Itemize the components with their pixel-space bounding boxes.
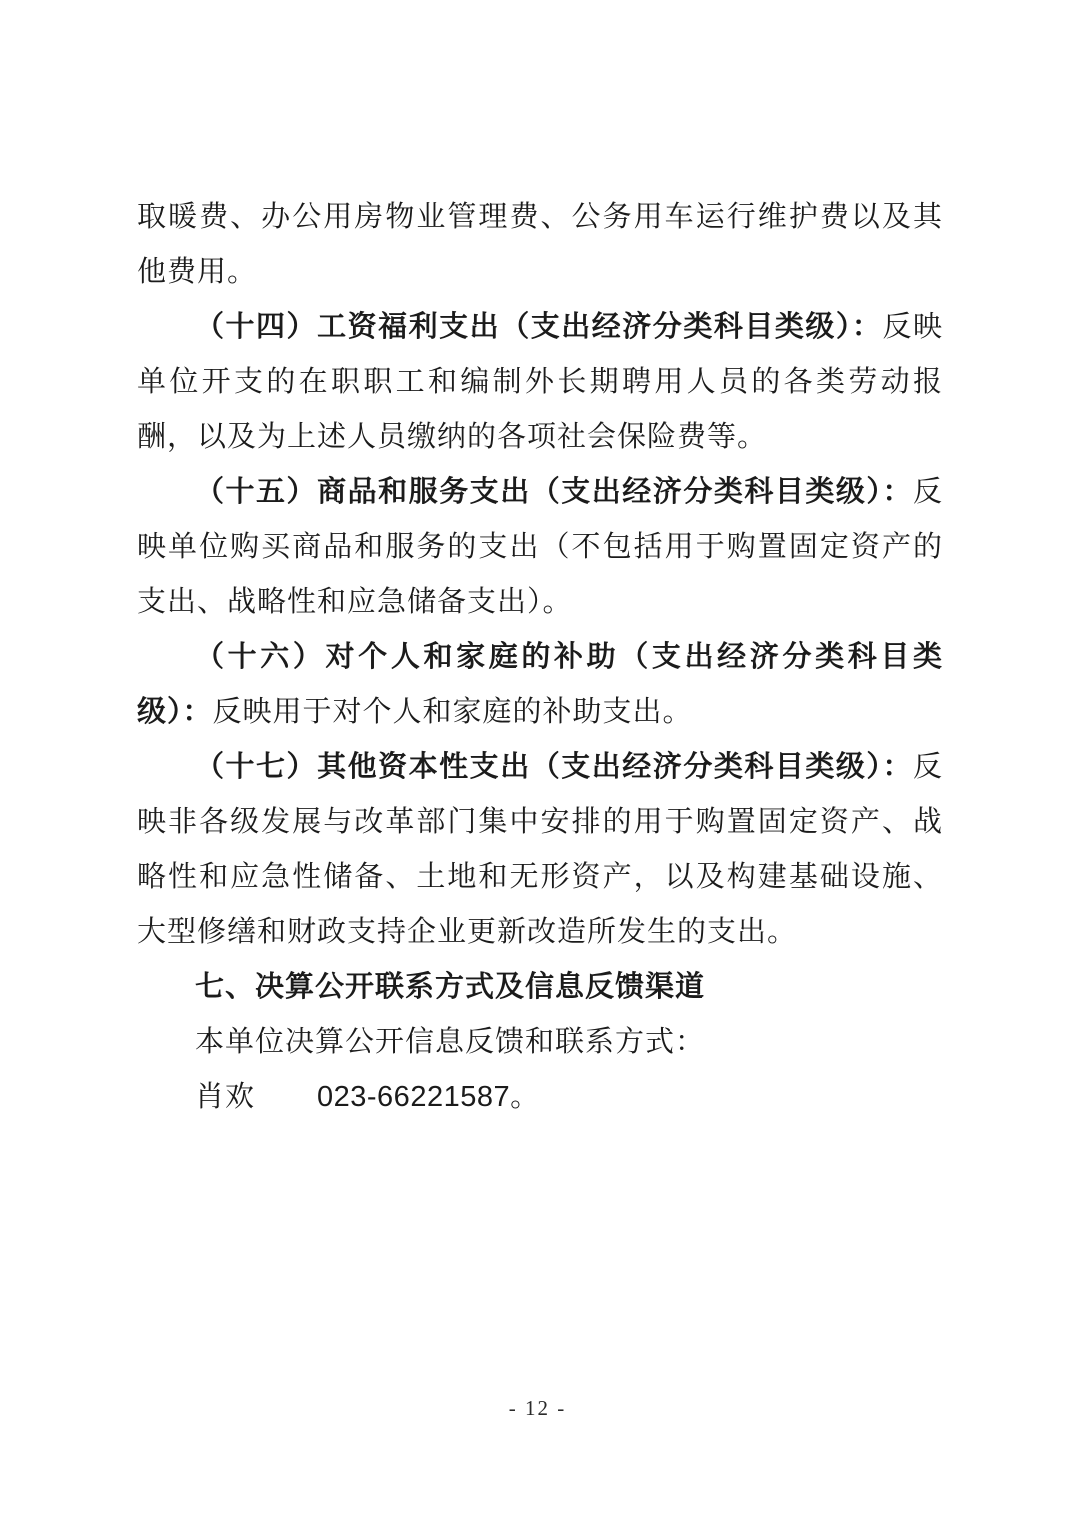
paragraph-continuation: 取暖费、办公用房物业管理费、公务用车运行维护费以及其他费用。 (137, 190, 943, 300)
item-16-body: 反映用于对个人和家庭的补助支出。 (213, 696, 693, 728)
paragraph-item-14: （十四）工资福利支出（支出经济分类科目类级）：反映单位开支的在职职工和编制外长期… (137, 300, 943, 465)
contact-intro: 本单位决算公开信息反馈和联系方式： (137, 1015, 943, 1070)
paragraph-item-17: （十七）其他资本性支出（支出经济分类科目类级）：反映非各级发展与改革部门集中安排… (137, 740, 943, 960)
section-heading: 七、决算公开联系方式及信息反馈渠道 (137, 960, 943, 1015)
item-14-lead: （十四）工资福利支出（支出经济分类科目类级）： (195, 311, 882, 343)
document-body: 取暖费、办公用房物业管理费、公务用车运行维护费以及其他费用。 （十四）工资福利支… (137, 190, 943, 1125)
paragraph-item-15: （十五）商品和服务支出（支出经济分类科目类级）：反映单位购买商品和服务的支出（不… (137, 465, 943, 630)
document-page: 取暖费、办公用房物业管理费、公务用车运行维护费以及其他费用。 （十四）工资福利支… (0, 0, 1075, 1520)
contact-phone: 023-66221587。 (317, 1081, 540, 1113)
item-15-lead: （十五）商品和服务支出（支出经济分类科目类级）： (195, 476, 913, 508)
paragraph-item-16: （十六）对个人和家庭的补助（支出经济分类科目类级）：反映用于对个人和家庭的补助支… (137, 630, 943, 740)
page-number: - 12 - (0, 1396, 1075, 1421)
item-17-lead: （十七）其他资本性支出（支出经济分类科目类级）： (195, 751, 913, 783)
contact-name: 肖欢 (195, 1081, 255, 1113)
contact-line: 肖欢023-66221587。 (137, 1070, 943, 1125)
